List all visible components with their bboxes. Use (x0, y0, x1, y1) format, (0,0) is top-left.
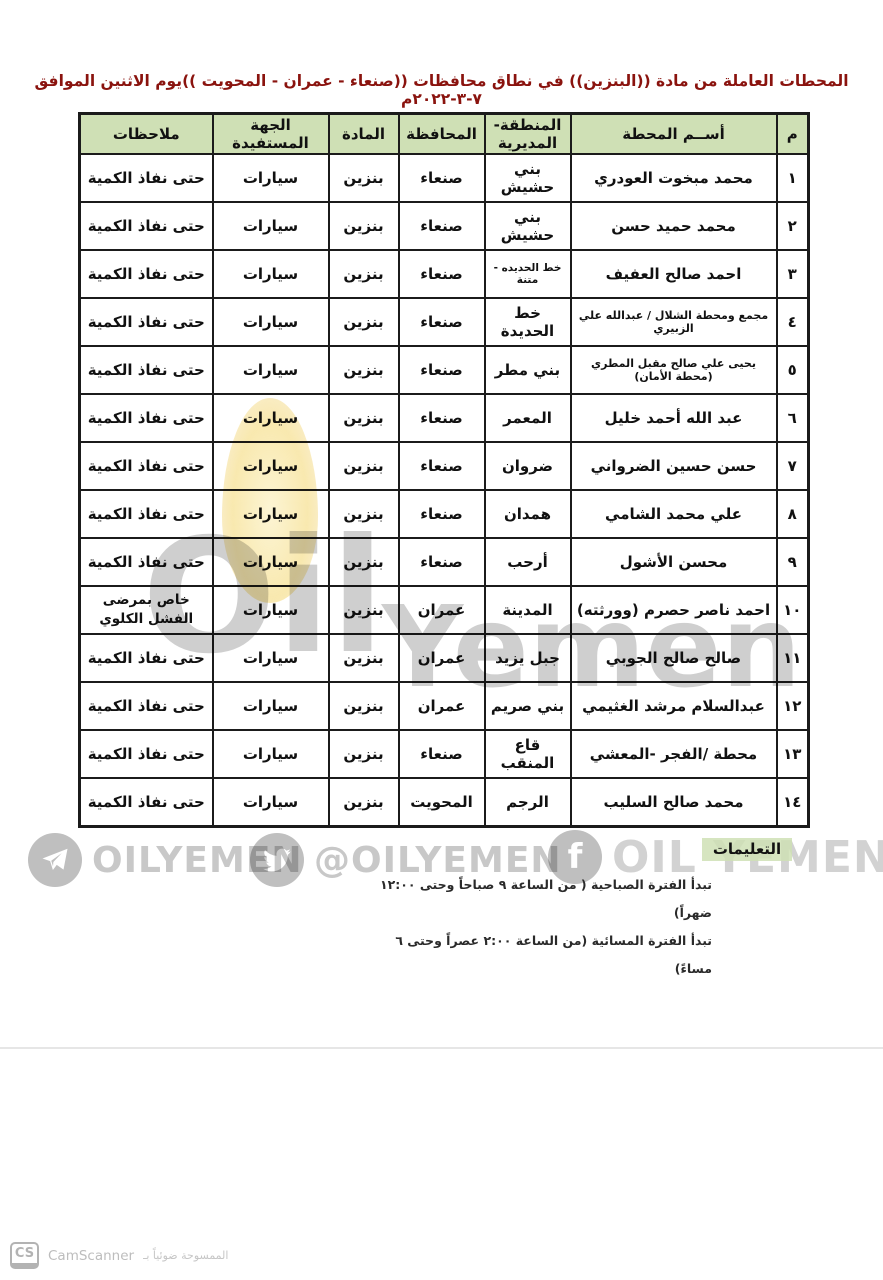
cell-governorate: صنعاء (399, 250, 485, 298)
cell-material: بنزين (329, 586, 399, 634)
cell-beneficiary: سيارات (213, 202, 329, 250)
cell-governorate: صنعاء (399, 202, 485, 250)
cell-governorate: صنعاء (399, 394, 485, 442)
table-row: ١٢عبدالسلام مرشد الغثيميبني صريمعمرانبنز… (80, 682, 809, 730)
cell-governorate: صنعاء (399, 154, 485, 202)
camscanner-label: CamScanner (48, 1248, 134, 1264)
cell-governorate: المحويت (399, 778, 485, 826)
cell-governorate: صنعاء (399, 490, 485, 538)
cell-station: صالح صالح الجوبي (571, 634, 777, 682)
cell-district: قاع المنقب (485, 730, 571, 778)
cell-material: بنزين (329, 538, 399, 586)
page-edge-line (0, 1047, 883, 1049)
column-header-no: م (777, 114, 809, 155)
stations-table-body: ١محمد مبخوت العودريبني حشيشصنعاءبنزينسيا… (80, 154, 809, 826)
cell-notes: حتى نفاذ الكمية (80, 250, 213, 298)
column-header-material: المادة (329, 114, 399, 155)
instruction-line-evening: تبدأ الفترة المسائية (من الساعة ٢:٠٠ عصر… (367, 927, 712, 983)
cell-no: ٧ (777, 442, 809, 490)
cell-material: بنزين (329, 778, 399, 826)
cell-station: محطة /الفجر -المعشي (571, 730, 777, 778)
cell-district: الرجم (485, 778, 571, 826)
cell-no: ٦ (777, 394, 809, 442)
table-row: ٥يحيى علي صالح مقبل المطري (محطة الأمان)… (80, 346, 809, 394)
telegram-icon (28, 833, 82, 887)
cell-beneficiary: سيارات (213, 682, 329, 730)
cell-governorate: عمران (399, 586, 485, 634)
cell-district: المدينة (485, 586, 571, 634)
scanned-document-page: المحطات العاملة من مادة ((البنزين)) في ن… (0, 0, 883, 1280)
cell-no: ١٢ (777, 682, 809, 730)
cell-district: خط الحديده - متنة (485, 250, 571, 298)
cell-material: بنزين (329, 202, 399, 250)
document-title: المحطات العاملة من مادة ((البنزين)) في ن… (0, 72, 883, 108)
cell-no: ١ (777, 154, 809, 202)
cell-district: خط الحديدة (485, 298, 571, 346)
table-row: ١٣محطة /الفجر -المعشيقاع المنقبصنعاءبنزي… (80, 730, 809, 778)
column-header-governorate: المحافظة (399, 114, 485, 155)
cell-governorate: صنعاء (399, 298, 485, 346)
cell-station: علي محمد الشامي (571, 490, 777, 538)
cell-notes: حتى نفاذ الكمية (80, 730, 213, 778)
cell-no: ١١ (777, 634, 809, 682)
table-row: ٧حسن حسين الضروانيضروانصنعاءبنزينسياراتح… (80, 442, 809, 490)
cell-governorate: عمران (399, 682, 485, 730)
table-row: ١١صالح صالح الجوبيجبل يزيدعمرانبنزينسيار… (80, 634, 809, 682)
cell-no: ٩ (777, 538, 809, 586)
cell-no: ١٤ (777, 778, 809, 826)
cell-beneficiary: سيارات (213, 298, 329, 346)
cell-notes: حتى نفاذ الكمية (80, 154, 213, 202)
cell-material: بنزين (329, 394, 399, 442)
instructions-block: تبدأ الفترة الصباحية ( من الساعة ٩ صباحا… (367, 871, 712, 983)
cell-station: عبدالسلام مرشد الغثيمي (571, 682, 777, 730)
cell-beneficiary: سيارات (213, 634, 329, 682)
table-row: ٤مجمع ومحطة الشلال / عبدالله علي الزبيري… (80, 298, 809, 346)
table-row: ٣احمد صالح العفيفخط الحديده - متنةصنعاءب… (80, 250, 809, 298)
cell-material: بنزين (329, 298, 399, 346)
cell-beneficiary: سيارات (213, 490, 329, 538)
stations-table: مأســم المحطةالمنطقة- المديريةالمحافظةال… (78, 112, 810, 828)
cell-station: احمد صالح العفيف (571, 250, 777, 298)
cell-station: محمد حميد حسن (571, 202, 777, 250)
cell-beneficiary: سيارات (213, 778, 329, 826)
cell-material: بنزين (329, 442, 399, 490)
telegram-watermark: OILYEMEN (28, 833, 303, 887)
cell-no: ١٠ (777, 586, 809, 634)
cell-notes: حتى نفاذ الكمية (80, 634, 213, 682)
cell-notes: حتى نفاذ الكمية (80, 538, 213, 586)
watermark-label: OILYEMEN (92, 840, 303, 881)
cell-notes: حتى نفاذ الكمية (80, 490, 213, 538)
twitter-icon (250, 833, 304, 887)
instructions-heading: التعليمات (702, 838, 792, 861)
cell-no: ١٣ (777, 730, 809, 778)
cell-notes: حتى نفاذ الكمية (80, 778, 213, 826)
cell-district: أرحب (485, 538, 571, 586)
cell-district: بني حشيش (485, 202, 571, 250)
column-header-beneficiary: الجهة المستفيدة (213, 114, 329, 155)
cell-no: ٢ (777, 202, 809, 250)
column-header-district: المنطقة- المديرية (485, 114, 571, 155)
cell-district: بني مطر (485, 346, 571, 394)
cell-station: محمد مبخوت العودري (571, 154, 777, 202)
cell-material: بنزين (329, 634, 399, 682)
table-header-row: مأســم المحطةالمنطقة- المديريةالمحافظةال… (80, 114, 809, 155)
cell-material: بنزين (329, 730, 399, 778)
cell-material: بنزين (329, 346, 399, 394)
cell-station: حسن حسين الضرواني (571, 442, 777, 490)
cell-material: بنزين (329, 250, 399, 298)
cell-no: ٥ (777, 346, 809, 394)
table-row: ١محمد مبخوت العودريبني حشيشصنعاءبنزينسيا… (80, 154, 809, 202)
cell-station: مجمع ومحطة الشلال / عبدالله علي الزبيري (571, 298, 777, 346)
camscanner-logo-icon: CS (10, 1242, 39, 1269)
cell-notes: حتى نفاذ الكمية (80, 682, 213, 730)
cell-no: ٤ (777, 298, 809, 346)
table-row: ٩محسن الأشولأرحبصنعاءبنزينسياراتحتى نفاذ… (80, 538, 809, 586)
cell-beneficiary: سيارات (213, 394, 329, 442)
column-header-station: أســم المحطة (571, 114, 777, 155)
camscanner-footer: CS CamScanner الممسوحة ضوئياً بـ (10, 1242, 228, 1269)
cell-station: محسن الأشول (571, 538, 777, 586)
table-row: ١٤محمد صالح السليبالرجمالمحويتبنزينسيارا… (80, 778, 809, 826)
table-row: ٢محمد حميد حسنبني حشيشصنعاءبنزينسياراتحت… (80, 202, 809, 250)
cell-notes: حتى نفاذ الكمية (80, 442, 213, 490)
cell-notes: حتى نفاذ الكمية (80, 394, 213, 442)
cell-beneficiary: سيارات (213, 730, 329, 778)
cell-district: بني صريم (485, 682, 571, 730)
cell-beneficiary: سيارات (213, 586, 329, 634)
cell-district: بني حشيش (485, 154, 571, 202)
cell-governorate: صنعاء (399, 538, 485, 586)
cell-material: بنزين (329, 490, 399, 538)
cell-no: ٣ (777, 250, 809, 298)
cell-notes: حتى نفاذ الكمية (80, 346, 213, 394)
cell-notes: خاص بمرضى الفشل الكلوي (80, 586, 213, 634)
cell-notes: حتى نفاذ الكمية (80, 298, 213, 346)
cell-district: المعمر (485, 394, 571, 442)
table-row: ١٠احمد ناصر حصرم (وورثته)المدينةعمرانبنز… (80, 586, 809, 634)
cell-station: احمد ناصر حصرم (وورثته) (571, 586, 777, 634)
column-header-notes: ملاحظات (80, 114, 213, 155)
cell-beneficiary: سيارات (213, 442, 329, 490)
cell-station: يحيى علي صالح مقبل المطري (محطة الأمان) (571, 346, 777, 394)
cell-governorate: عمران (399, 634, 485, 682)
cell-station: عبد الله أحمد خليل (571, 394, 777, 442)
cell-beneficiary: سيارات (213, 250, 329, 298)
cell-district: جبل يزيد (485, 634, 571, 682)
table-row: ٨علي محمد الشاميهمدانصنعاءبنزينسياراتحتى… (80, 490, 809, 538)
cell-material: بنزين (329, 154, 399, 202)
cell-governorate: صنعاء (399, 346, 485, 394)
cell-material: بنزين (329, 682, 399, 730)
cell-beneficiary: سيارات (213, 346, 329, 394)
cell-district: همدان (485, 490, 571, 538)
cell-governorate: صنعاء (399, 730, 485, 778)
cell-no: ٨ (777, 490, 809, 538)
table-row: ٦عبد الله أحمد خليلالمعمرصنعاءبنزينسيارا… (80, 394, 809, 442)
cell-station: محمد صالح السليب (571, 778, 777, 826)
scanned-with-label: الممسوحة ضوئياً بـ (143, 1249, 228, 1262)
cell-beneficiary: سيارات (213, 154, 329, 202)
cell-governorate: صنعاء (399, 442, 485, 490)
instruction-line-morning: تبدأ الفترة الصباحية ( من الساعة ٩ صباحا… (367, 871, 712, 927)
cell-notes: حتى نفاذ الكمية (80, 202, 213, 250)
cell-beneficiary: سيارات (213, 538, 329, 586)
cell-district: ضروان (485, 442, 571, 490)
